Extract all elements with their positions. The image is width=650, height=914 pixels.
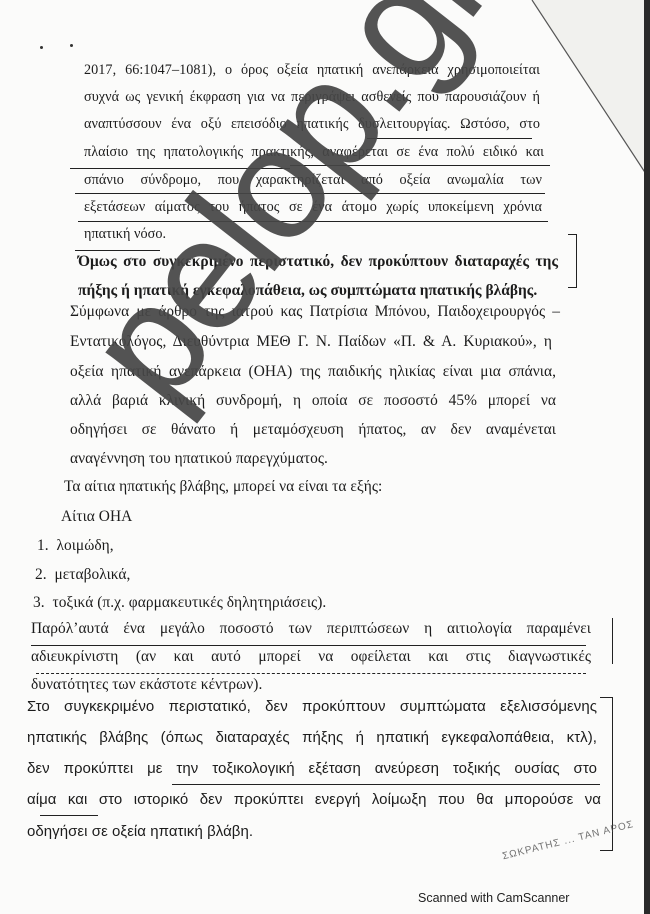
pen-underline [31, 645, 586, 646]
causes-heading: Αίτια ΟΗΑ [61, 508, 132, 526]
scan-border [644, 0, 650, 914]
scan-speck [70, 44, 73, 47]
text-line: Στο συγκεκριμένο περιστατικό, δεν προκύπ… [27, 698, 597, 715]
list-text: λοιμώδη, [56, 537, 113, 554]
scanner-footer: Scanned with CamScanner [418, 891, 569, 905]
pen-margin-line [612, 618, 613, 664]
text-line: αίμα και στο ιστορικό δεν προκύπτει ενερ… [27, 791, 601, 808]
text-line: οδηγήσει σε θάνατο ή μεταμόσχευση ήπατος… [70, 421, 556, 439]
list-item: 2. μεταβολικά, [35, 566, 130, 584]
pen-underline [40, 815, 98, 816]
scanned-page: 2017, 66:1047–1081), ο όρος οξεία ηπατικ… [0, 0, 650, 914]
causes-intro: Τα αίτια ηπατικής βλάβης, μπορεί να είνα… [64, 478, 382, 496]
pen-underline [36, 673, 586, 674]
list-text: τοξικά (π.χ. φαρμακευτικές δηλητηριάσεις… [52, 594, 326, 611]
list-text: μεταβολικά, [54, 566, 130, 583]
pen-underline [172, 784, 600, 785]
official-stamp: ΣΩΚΡΑΤΗΣ ... ΤΑΝ ΑΡΟΣ [501, 818, 648, 898]
list-number: 3. [33, 594, 45, 611]
text-line: οδηγήσει σε οξεία ηπατική βλάβη. [27, 823, 253, 840]
list-item: 3. τοξικά (π.χ. φαρμακευτικές δηλητηριάσ… [33, 594, 326, 612]
text-line: Παρόλ’αυτά ένα μεγάλο ποσοστό των περιπτ… [31, 620, 591, 638]
text-line: αναγέννηση του ηπατικού παρεγχύματος. [70, 450, 328, 468]
text-line: ηπατικής βλάβης (όπως διαταραχές πήξης ή… [27, 729, 597, 746]
list-number: 1. [37, 537, 49, 554]
text-line: αδιευκρίνιστη (αν και αυτό μπορεί να οφε… [31, 648, 591, 666]
pen-bracket [568, 234, 577, 288]
list-number: 2. [35, 566, 47, 583]
scan-speck [40, 46, 43, 49]
text-line: δεν προκύπτει με την τοξικολογική εξέτασ… [27, 760, 597, 777]
list-item: 1. λοιμώδη, [37, 537, 114, 555]
text-line: δυνατότητες των εκάστοτε κέντρων). [31, 676, 262, 694]
